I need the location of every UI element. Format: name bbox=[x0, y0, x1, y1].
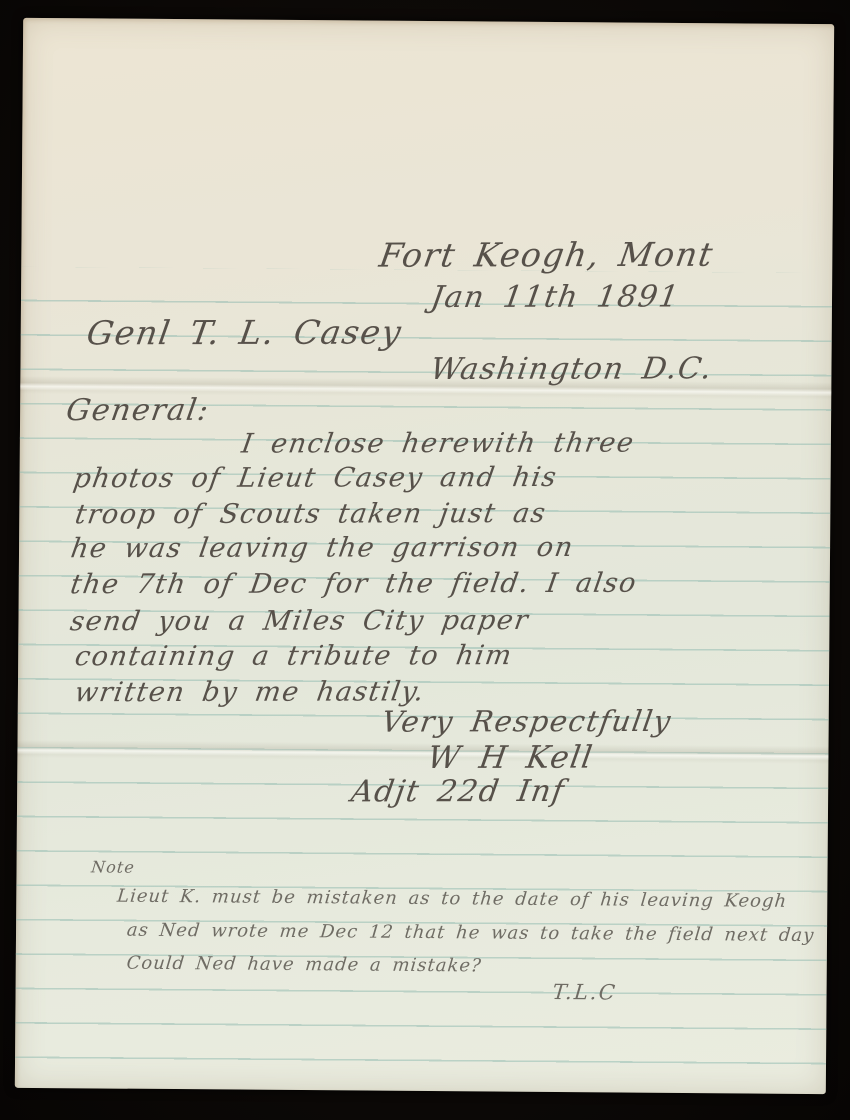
recipient-address-line: Washington D.C. bbox=[428, 354, 715, 385]
signature-title-line: Adjt 22d Inf bbox=[349, 777, 567, 808]
valediction-line: Very Respectfully bbox=[380, 707, 674, 737]
scan-background: Fort Keogh, Mont Jan 11th 1891 Genl T. L… bbox=[0, 0, 850, 1120]
body-line-6: send you a Miles City paper bbox=[68, 607, 531, 635]
note-line-3: Could Ned have made a mistake? bbox=[126, 955, 483, 976]
body-line-2: photos of Lieut Casey and his bbox=[71, 464, 559, 492]
heading-date-line: Jan 11th 1891 bbox=[429, 282, 682, 313]
body-line-1: I enclose herewith three bbox=[240, 430, 637, 458]
note-line-2: as Ned wrote me Dec 12 that he was to ta… bbox=[126, 922, 815, 945]
letter-page: Fort Keogh, Mont Jan 11th 1891 Genl T. L… bbox=[15, 18, 834, 1094]
note-line-1: Lieut K. must be mistaken as to the date… bbox=[116, 888, 788, 911]
heading-place-line: Fort Keogh, Mont bbox=[377, 238, 716, 272]
fold-crease-bottom bbox=[17, 740, 828, 764]
body-line-7: containing a tribute to him bbox=[73, 642, 515, 670]
note-label: Note bbox=[90, 859, 135, 875]
body-line-5: the 7th of Dec for the field. I also bbox=[69, 570, 639, 598]
salutation-line: General: bbox=[64, 396, 212, 426]
body-line-3: troop of Scouts taken just as bbox=[73, 500, 548, 528]
note-initials: T.L.C bbox=[551, 982, 617, 1003]
recipient-name-line: Genl T. L. Casey bbox=[85, 316, 405, 350]
signature: W H Kell bbox=[425, 743, 595, 774]
body-line-8: written by me hastily. bbox=[73, 678, 427, 706]
body-line-4: he was leaving the garrison on bbox=[69, 534, 576, 562]
